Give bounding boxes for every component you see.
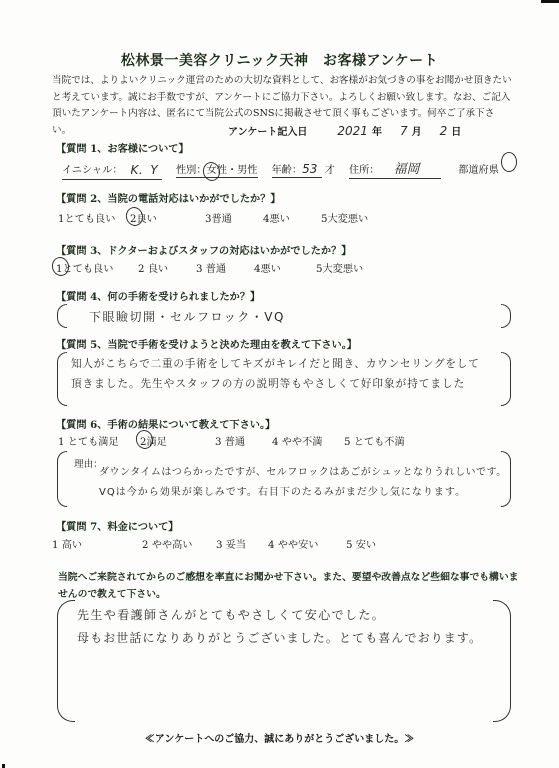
q3-option-5: 5大変悪い <box>316 260 363 275</box>
address-label: 住所： <box>349 165 380 176</box>
q8-prompt: 当院へご来院されてからのご感想を率直にお聞かせ下さい。また、要望や改善点など些細… <box>58 569 520 603</box>
q7-option-1: 1 高い <box>52 536 142 551</box>
q6-option-1: 1 とても満足 <box>58 433 140 448</box>
q2-option-4: 4悪い <box>263 210 321 225</box>
footer-thanks: ≪アンケートへのご協力、誠にありがとうございました。≫ <box>0 730 559 745</box>
q7-option-2: 2 やや高い <box>142 536 216 551</box>
q7-option-3: 3 妥当 <box>216 536 268 551</box>
scan-edge-mark <box>2 764 5 768</box>
q3-option-1-selected: 1とても良い <box>56 260 138 275</box>
age-unit: 才 <box>325 165 335 176</box>
age-label: 年齢： <box>272 165 303 176</box>
date-month: 7 <box>400 124 408 138</box>
q2-option-2-selected: 2良い <box>130 210 205 225</box>
q2-option-3: 3普通 <box>205 210 263 225</box>
q4-answer-box: 下眼瞼切開・セルフロック・VQ <box>57 304 511 328</box>
q3-option-3: 3 普通 <box>196 260 254 275</box>
q6-reason-line-2: VQは今から効果が楽しみです。右目下のたるみがまだ少し気になります。 <box>99 483 466 498</box>
q8-answer-line-2: 母もお世話になりありがとうございました。とても喜んでおります。 <box>77 629 482 646</box>
scan-edge-mark <box>541 0 559 3</box>
age-field: 年齢：53 才 <box>272 161 335 178</box>
q5-answer-line-2: 頂きました。先生やスタッフの方の説明等もやさしくて好印象が持てました <box>71 376 465 391</box>
q7-option-5: 5 安い <box>346 536 376 551</box>
date-day: 2 <box>440 124 448 138</box>
q3-option-4: 4悪い <box>254 260 316 275</box>
q7-heading: 【質問 7、料金について】 <box>56 518 179 533</box>
q5-answer-line-1: 知人がこちらで二重の手術をしてキズがキレイだと聞き、カウンセリングをして <box>71 356 480 371</box>
date-label: アンケート記入日 <box>228 123 307 138</box>
q1-fields: イニシャル： K．Y 性別：女性・男性 年齢：53 才 住所：福岡 都道府県 <box>62 158 509 180</box>
address-value: 福岡 <box>394 162 420 177</box>
address-unit-circle <box>501 152 517 172</box>
address-unit: 都道府県 <box>458 165 499 176</box>
survey-date: アンケート記入日 2021 年 7 月 2 日 <box>228 123 479 138</box>
date-day-unit: 日 <box>451 123 461 138</box>
q3-option-2: 2 良い <box>138 260 196 275</box>
q7-options: 1 高い 2 やや高い 3 妥当 4 やや安い 5 安い <box>52 536 376 551</box>
date-year-unit: 年 <box>372 123 382 138</box>
date-year: 2021 <box>337 124 368 138</box>
q5-heading: 【質問 5、当院で手術を受けようと決めた理由を教えて下さい。】 <box>56 336 357 351</box>
q6-reason-box: 理由： ダウンタイムはつらかったですが、セルフロックはあごがシュッとなりうれしい… <box>57 451 511 507</box>
q7-option-4: 4 やや安い <box>268 536 346 551</box>
page-title: 松林景一美容クリニック天神 お客様アンケート <box>0 50 559 70</box>
q2-heading: 【質問 2、当院の電話対応はいかがでしたか？】 <box>56 190 281 205</box>
q6-option-3: 3 普通 <box>215 433 272 448</box>
initial-value: K．Y <box>131 161 158 178</box>
q6-option-4: 4 やや不満 <box>272 433 344 448</box>
age-value: 53 <box>302 162 317 176</box>
q6-option-5: 5 とても不満 <box>344 433 405 448</box>
initial-field: イニシャル： K．Y <box>62 161 162 180</box>
q3-heading: 【質問 3、ドクターおよびスタッフの対応はいかがでしたか？】 <box>56 242 351 257</box>
q6-heading: 【質問 6、手術の結果について教えて下さい。】 <box>56 416 275 431</box>
date-month-unit: 月 <box>412 123 422 138</box>
q2-option-5: 5大変悪い <box>321 210 368 225</box>
q5-answer-box: 知人がこちらで二重の手術をしてキズがキレイだと聞き、カウンセリングをして 頂きま… <box>57 352 511 406</box>
gender-separator: ・ <box>227 165 237 176</box>
q2-options: 1とても良い 2良い 3普通 4悪い 5大変悪い <box>58 210 368 225</box>
q3-options: 1とても良い 2 良い 3 普通 4悪い 5大変悪い <box>56 260 363 275</box>
q8-answer-line-1: 先生や看護師さんがとてもやさしくて安心でした。 <box>77 606 385 623</box>
q8-answer-box: 先生や看護師さんがとてもやさしくて安心でした。 母もお世話になりありがとうござい… <box>57 600 511 722</box>
initial-label: イニシャル： <box>62 161 123 178</box>
q6-reason-line-1: ダウンタイムはつらかったですが、セルフロックはあごがシュッとなりうれしいです。 <box>99 463 507 478</box>
q4-answer: 下眼瞼切開・セルフロック・VQ <box>89 308 285 325</box>
q4-heading: 【質問 4、何の手術を受けられましたか？】 <box>56 288 260 303</box>
q1-heading: 【質問 1、お客様について】 <box>56 140 189 155</box>
q2-option-1: 1とても良い <box>58 210 130 225</box>
q6-options: 1 とても満足 2満足 3 普通 4 やや不満 5 とても不満 <box>58 433 405 448</box>
gender-field: 性別：女性・男性 <box>176 161 258 178</box>
q6-option-2-selected: 2満足 <box>140 433 215 448</box>
gender-male-option: 男性 <box>237 165 257 176</box>
gender-female-option: 女性 <box>207 165 227 176</box>
address-field: 住所：福岡 都道府県 <box>349 158 499 179</box>
